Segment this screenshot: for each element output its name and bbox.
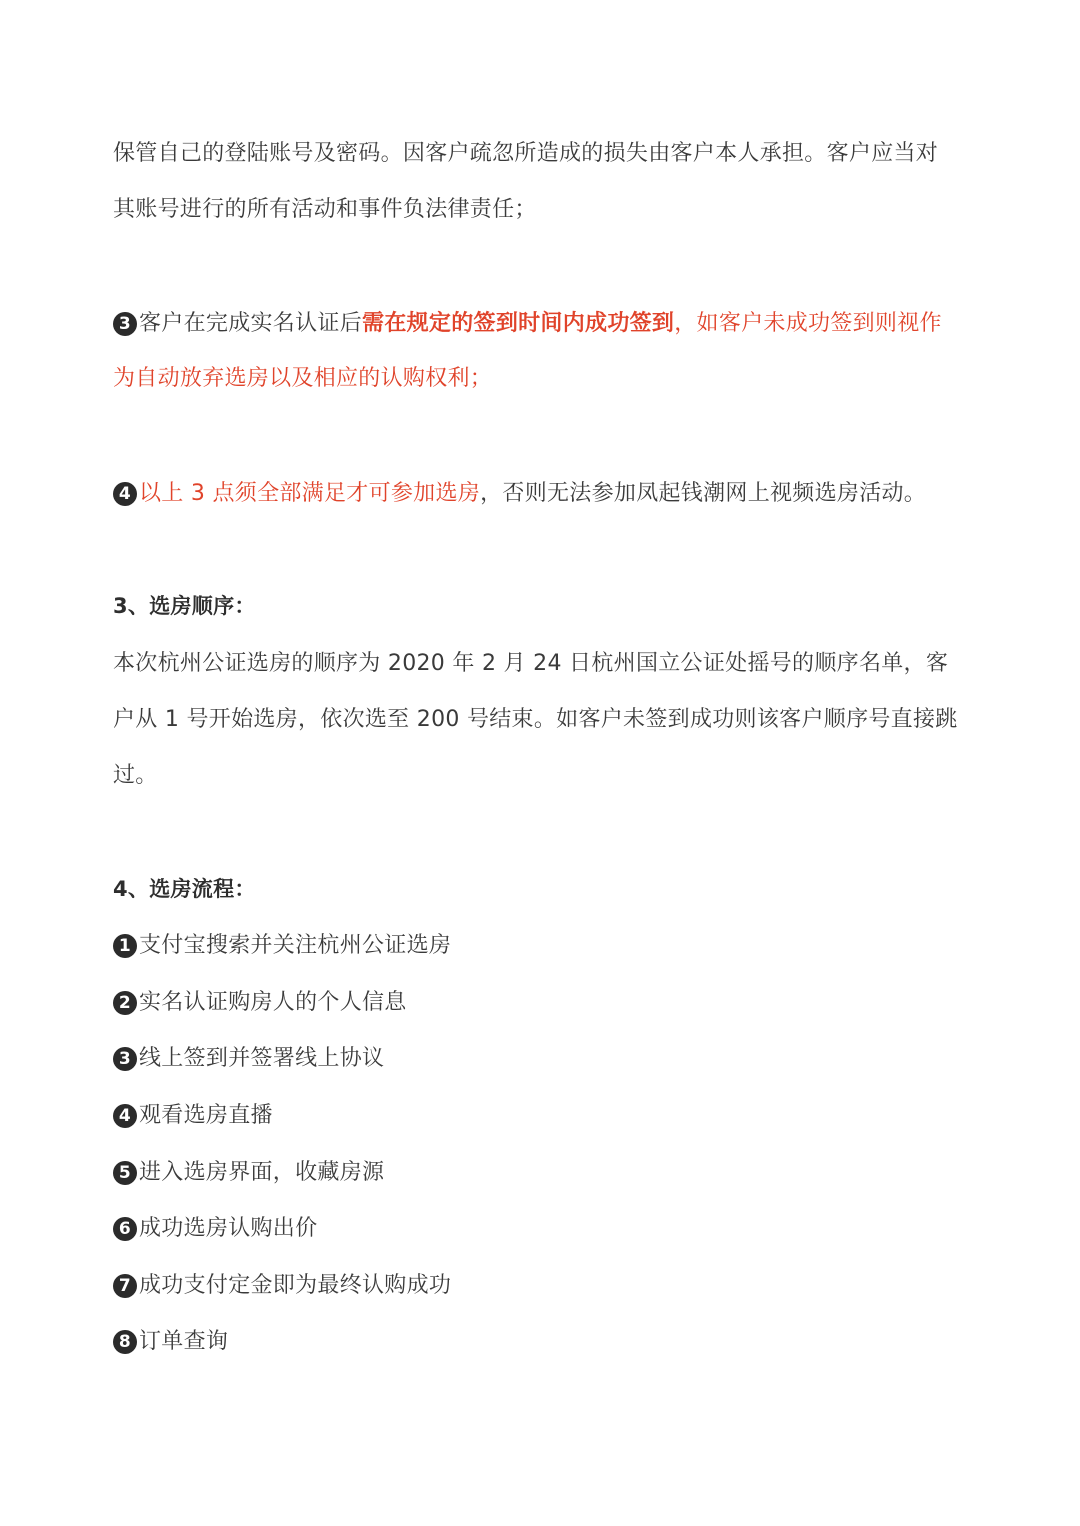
process-step: 8订单查询: [113, 1327, 228, 1357]
number-badge-icon: 4: [113, 482, 137, 506]
paragraph-line: 过。: [113, 761, 158, 791]
rule-warning-text: 为自动放弃选房以及相应的认购权利；: [113, 364, 492, 394]
number-badge-icon: 2: [113, 991, 137, 1015]
process-step: 6成功选房认购出价: [113, 1214, 317, 1244]
rule-text: ，否则无法参加凤起钱潮网上视频选房活动。: [480, 481, 926, 506]
rule-warning-text: 以上 3 点须全部满足才可参加选房: [139, 481, 480, 506]
paragraph-line: 保管自己的登陆账号及密码。因客户疏忽所造成的损失由客户本人承担。客户应当对: [113, 139, 938, 169]
step-text: 支付宝搜索并关注杭州公证选房: [139, 933, 451, 958]
process-step: 2实名认证购房人的个人信息: [113, 988, 407, 1018]
process-step: 7成功支付定金即为最终认购成功: [113, 1271, 451, 1301]
rule-highlight-text: 需在规定的签到时间内成功签到: [362, 311, 674, 336]
step-text: 进入选房界面，收藏房源: [139, 1160, 384, 1185]
number-badge-icon: 5: [113, 1161, 137, 1185]
section-heading-process: 4、选房流程：: [113, 874, 256, 904]
number-badge-icon: 4: [113, 1104, 137, 1128]
process-step: 3线上签到并签署线上协议: [113, 1044, 384, 1074]
process-step: 4观看选房直播: [113, 1101, 273, 1131]
paragraph-line: 本次杭州公证选房的顺序为 2020 年 2 月 24 日杭州国立公证处摇号的顺序…: [113, 649, 948, 679]
number-badge-icon: 3: [113, 1047, 137, 1071]
section-heading-order: 3、选房顺序：: [113, 591, 256, 621]
rule-text: 客户在完成实名认证后: [139, 311, 362, 336]
number-badge-icon: 3: [113, 312, 137, 336]
process-step: 5进入选房界面，收藏房源: [113, 1158, 384, 1188]
document-page: 保管自己的登陆账号及密码。因客户疏忽所造成的损失由客户本人承担。客户应当对 其账…: [0, 0, 1080, 1526]
paragraph-line: 户从 1 号开始选房，依次选至 200 号结束。如客户未签到成功则该客户顺序号直…: [113, 705, 958, 735]
rule-warning-text: ，如客户未成功签到则视作: [674, 311, 942, 336]
number-badge-icon: 7: [113, 1274, 137, 1298]
number-badge-icon: 1: [113, 934, 137, 958]
step-text: 成功选房认购出价: [139, 1216, 317, 1241]
step-text: 实名认证购房人的个人信息: [139, 990, 407, 1015]
rule-item-3: 3客户在完成实名认证后需在规定的签到时间内成功签到，如客户未成功签到则视作: [113, 309, 942, 339]
rule-item-4: 4以上 3 点须全部满足才可参加选房，否则无法参加凤起钱潮网上视频选房活动。: [113, 479, 926, 509]
number-badge-icon: 8: [113, 1330, 137, 1354]
process-step: 1支付宝搜索并关注杭州公证选房: [113, 931, 451, 961]
number-badge-icon: 6: [113, 1217, 137, 1241]
step-text: 成功支付定金即为最终认购成功: [139, 1273, 451, 1298]
paragraph-line: 其账号进行的所有活动和事件负法律责任；: [113, 195, 537, 225]
step-text: 观看选房直播: [139, 1103, 273, 1128]
step-text: 订单查询: [139, 1329, 228, 1354]
step-text: 线上签到并签署线上协议: [139, 1046, 384, 1071]
